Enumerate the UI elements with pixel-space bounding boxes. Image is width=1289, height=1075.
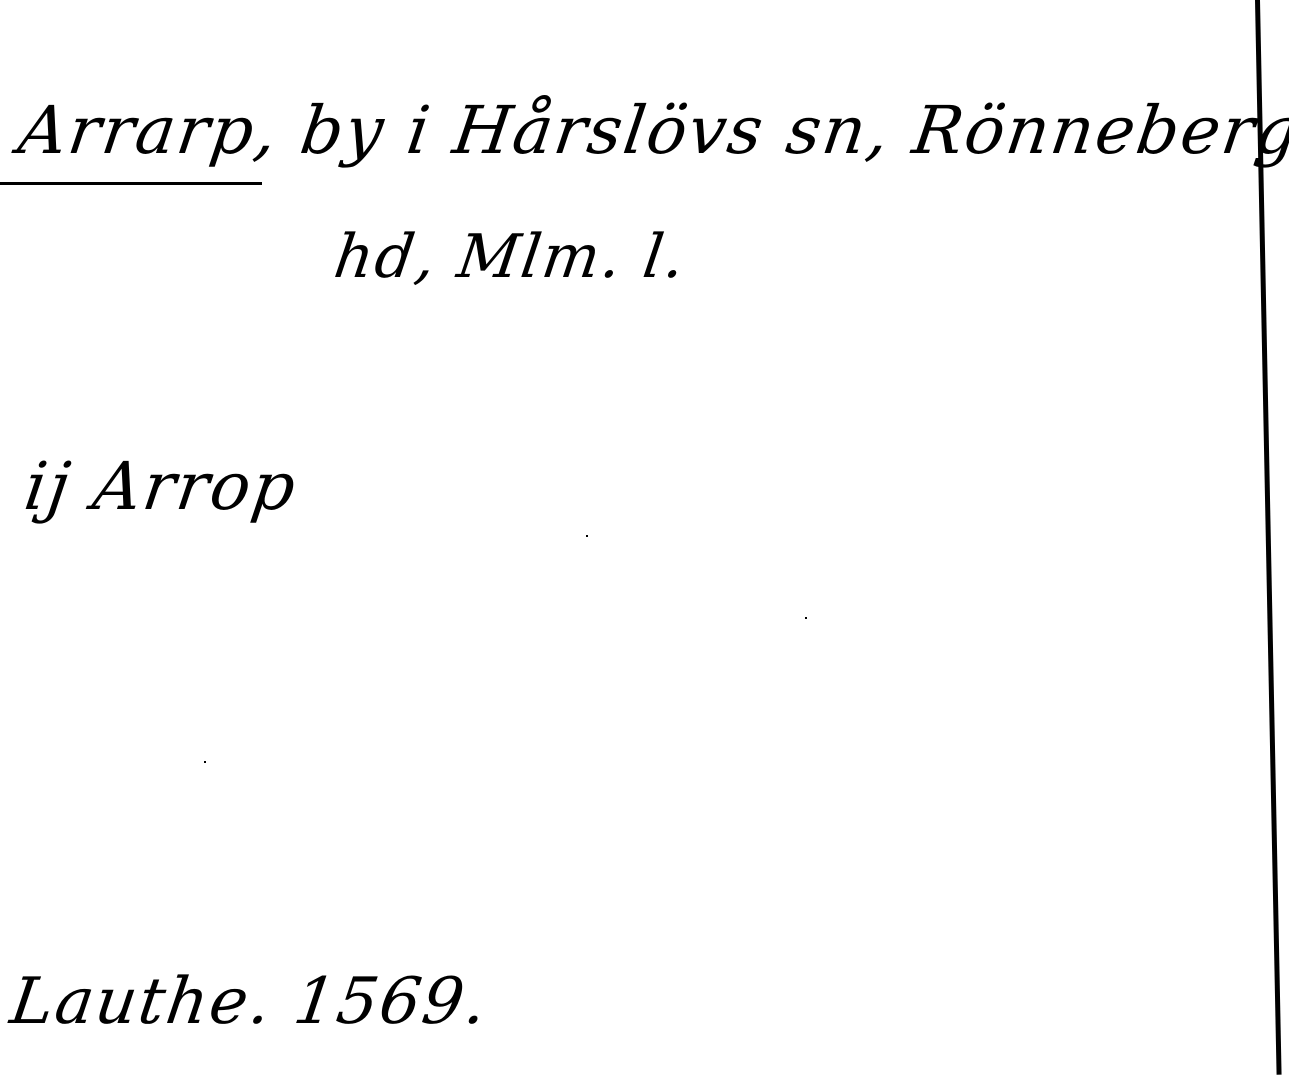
source-reference: Lauthe. 1569. <box>6 965 493 1039</box>
headword: Arrarp <box>14 92 261 169</box>
scan-speck <box>586 535 588 537</box>
headword-underline <box>0 182 262 185</box>
index-card: Arrarp, by i Hårslövs sn, Rönnebergs hd,… <box>0 0 1289 1075</box>
scan-speck <box>204 761 206 763</box>
scan-speck <box>805 617 807 619</box>
entry-description-line-2: hd, Mlm. l. <box>330 222 691 292</box>
entry-description-line-1: , by i Hårslövs sn, Rönnebergs <box>250 92 1289 169</box>
attested-form: ij Arrop <box>20 448 302 525</box>
entry-line-1: Arrarp, by i Hårslövs sn, Rönnebergs <box>14 92 1289 169</box>
